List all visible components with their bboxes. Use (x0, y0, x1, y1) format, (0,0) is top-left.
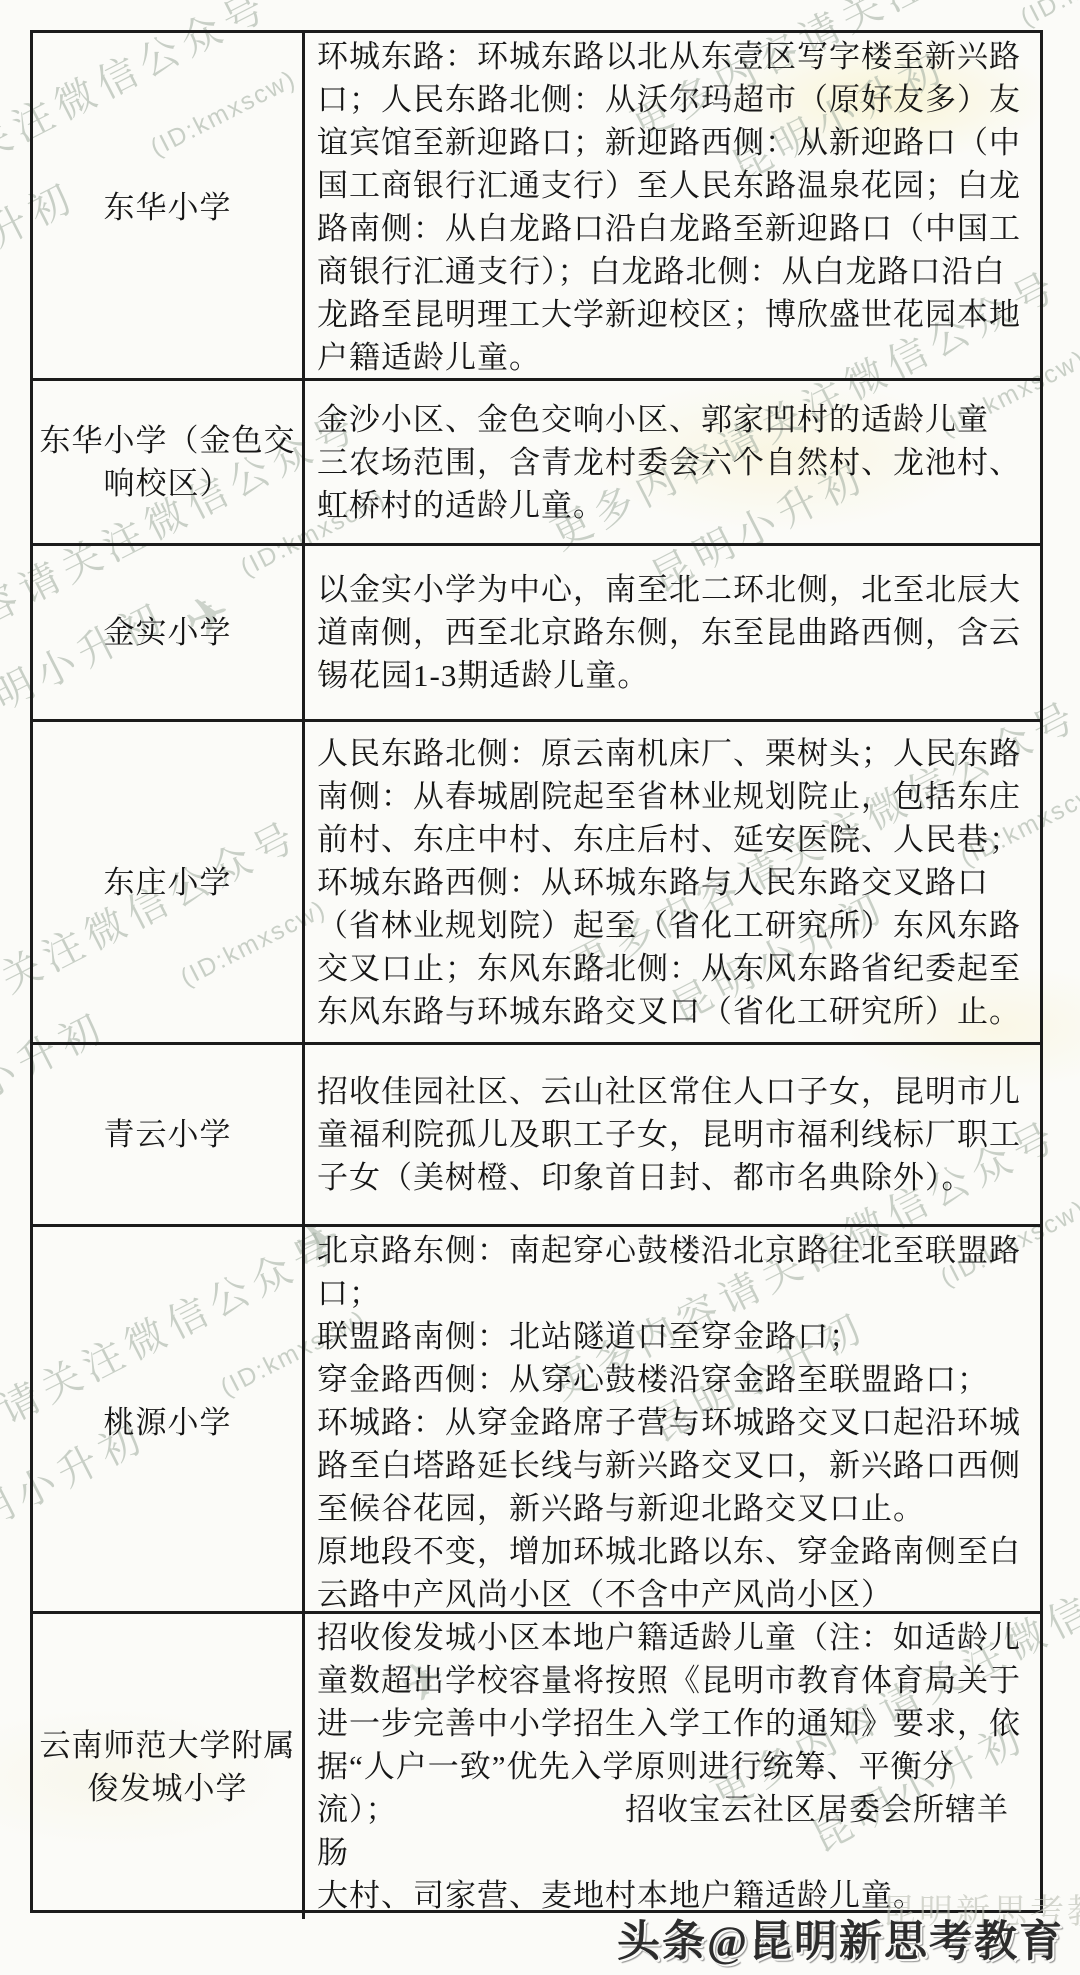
table-row: 云南师范大学附属 俊发城小学 招收俊发城小区本地户籍适龄儿童（注：如适龄儿 童数… (33, 1611, 1040, 1910)
table-row: 桃源小学 北京路东侧：南起穿心鼓楼沿北京路往北至联盟路 口； 联盟路南侧：北站隧… (33, 1224, 1040, 1611)
school-name-cell: 东华小学 (33, 33, 305, 381)
district-cell: 招收佳园社区、云山社区常住人口子女，昆明市儿 童福利院孤儿及职工子女，昆明市福利… (305, 1045, 1040, 1224)
admission-table: 东华小学 环城东路：环城东路以北从东壹区写字楼至新兴路 口；人民东路北侧：从沃尔… (30, 30, 1043, 1913)
table-row: 金实小学 以金实小学为中心，南至北二环北侧，北至北辰大 道南侧，西至北京路东侧，… (33, 543, 1040, 719)
school-name-cell: 云南师范大学附属 俊发城小学 (33, 1614, 305, 1919)
page: 更多内容请关注微信公众号 昆明小升初 (ID:kmxscw) 更多内容请关注微信… (0, 0, 1080, 1975)
district-cell: 北京路东侧：南起穿心鼓楼沿北京路往北至联盟路 口； 联盟路南侧：北站隧道口至穿金… (305, 1227, 1040, 1618)
school-name-cell: 东庄小学 (33, 722, 305, 1042)
district-cell: 金沙小区、金色交响小区、郭家凹村的适龄儿童 三农场范围，含青龙村委会六个自然村、… (305, 381, 1040, 543)
district-cell: 以金实小学为中心，南至北二环北侧，北至北辰大 道南侧，西至北京路东侧，东至昆曲路… (305, 546, 1040, 719)
district-cell: 环城东路：环城东路以北从东壹区写字楼至新兴路 口；人民东路北侧：从沃尔玛超市（原… (305, 33, 1040, 381)
watermark-id-text: (ID:kmxscw) (1016, 0, 1080, 33)
district-cell: 招收俊发城小区本地户籍适龄儿童（注：如适龄儿 童数超出学校容量将按照《昆明市教育… (305, 1614, 1040, 1919)
table-row: 东华小学（金色交 响校区） 金沙小区、金色交响小区、郭家凹村的适龄儿童 三农场范… (33, 378, 1040, 543)
district-cell: 人民东路北侧：原云南机床厂、栗树头；人民东路 南侧：从春城剧院起至省林业规划院止… (305, 722, 1040, 1042)
table-row: 东华小学 环城东路：环城东路以北从东壹区写字楼至新兴路 口；人民东路北侧：从沃尔… (33, 33, 1040, 378)
table-row: 东庄小学 人民东路北侧：原云南机床厂、栗树头；人民东路 南侧：从春城剧院起至省林… (33, 719, 1040, 1042)
school-name-cell: 青云小学 (33, 1045, 305, 1224)
school-name-cell: 东华小学（金色交 响校区） (33, 381, 305, 543)
school-name-cell: 桃源小学 (33, 1227, 305, 1618)
table-row: 青云小学 招收佳园社区、云山社区常住人口子女，昆明市儿 童福利院孤儿及职工子女，… (33, 1042, 1040, 1224)
footer-caption: 头条@昆明新思考教育 (617, 1908, 1064, 1969)
school-name-cell: 金实小学 (33, 546, 305, 719)
